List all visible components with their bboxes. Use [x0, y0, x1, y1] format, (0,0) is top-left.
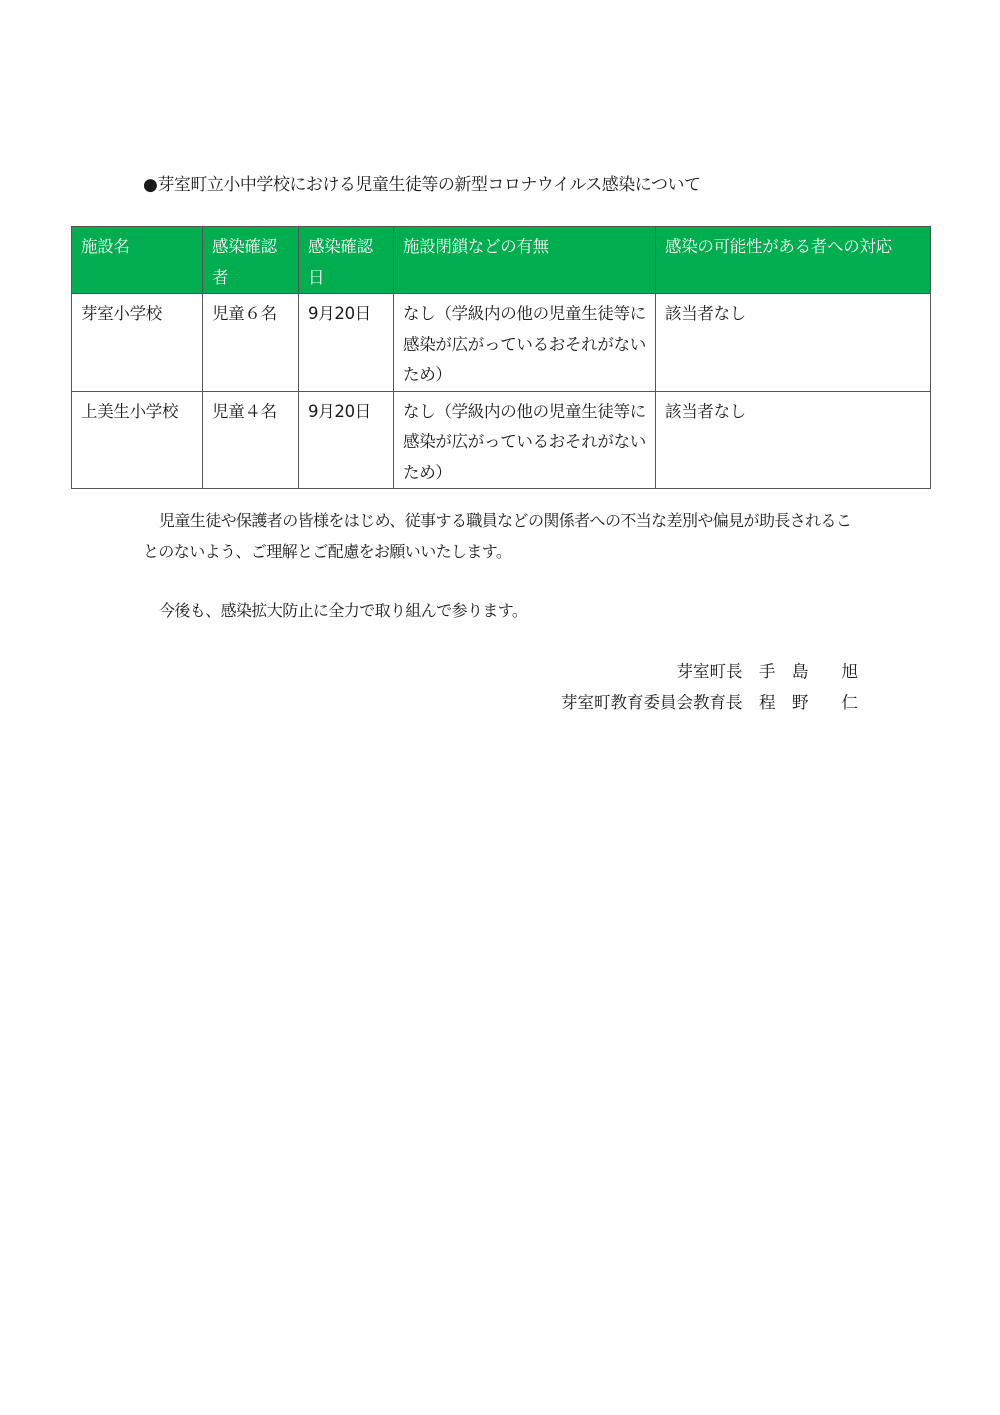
cell-closure: なし（学級内の他の児童生徒等に感染が広がっているおそれがないため） [394, 391, 656, 489]
document-title: ●芽室町立小中学校における児童生徒等の新型コロナウイルス感染について [143, 170, 700, 195]
cell-date: 9月20日 [299, 391, 394, 489]
closing-paragraph: 今後も、感染拡大防止に全力で取り組んで参ります。 [143, 595, 863, 626]
column-header-response: 感染の可能性がある者への対応 [656, 227, 931, 294]
cell-facility: 上美生小学校 [72, 391, 203, 489]
column-header-confirmed: 感染確認者 [203, 227, 299, 294]
notice-text: 児童生徒や保護者の皆様をはじめ、従事する職員などの関係者への不当な差別や偏見が助… [143, 511, 851, 561]
table-header-row: 施設名 感染確認者 感染確認日 施設閉鎖などの有無 感染の可能性がある者への対応 [72, 227, 931, 294]
cell-date: 9月20日 [299, 294, 394, 392]
cell-response: 該当者なし [656, 294, 931, 392]
column-header-facility: 施設名 [72, 227, 203, 294]
signature-mayor: 芽室町長 手 島 旭 [677, 658, 859, 682]
cell-confirmed: 児童６名 [203, 294, 299, 392]
cell-confirmed: 児童４名 [203, 391, 299, 489]
column-header-date: 感染確認日 [299, 227, 394, 294]
notice-paragraph: 児童生徒や保護者の皆様をはじめ、従事する職員などの関係者への不当な差別や偏見が助… [143, 505, 863, 567]
table-row: 芽室小学校 児童６名 9月20日 なし（学級内の他の児童生徒等に感染が広がってい… [72, 294, 931, 392]
infection-table: 施設名 感染確認者 感染確認日 施設閉鎖などの有無 感染の可能性がある者への対応… [71, 226, 931, 489]
cell-response: 該当者なし [656, 391, 931, 489]
cell-closure: なし（学級内の他の児童生徒等に感染が広がっているおそれがないため） [394, 294, 656, 392]
column-header-closure: 施設閉鎖などの有無 [394, 227, 656, 294]
signature-superintendent: 芽室町教育委員会教育長 程 野 仁 [561, 689, 858, 713]
cell-facility: 芽室小学校 [72, 294, 203, 392]
table-row: 上美生小学校 児童４名 9月20日 なし（学級内の他の児童生徒等に感染が広がって… [72, 391, 931, 489]
closing-text: 今後も、感染拡大防止に全力で取り組んで参ります。 [159, 601, 527, 620]
